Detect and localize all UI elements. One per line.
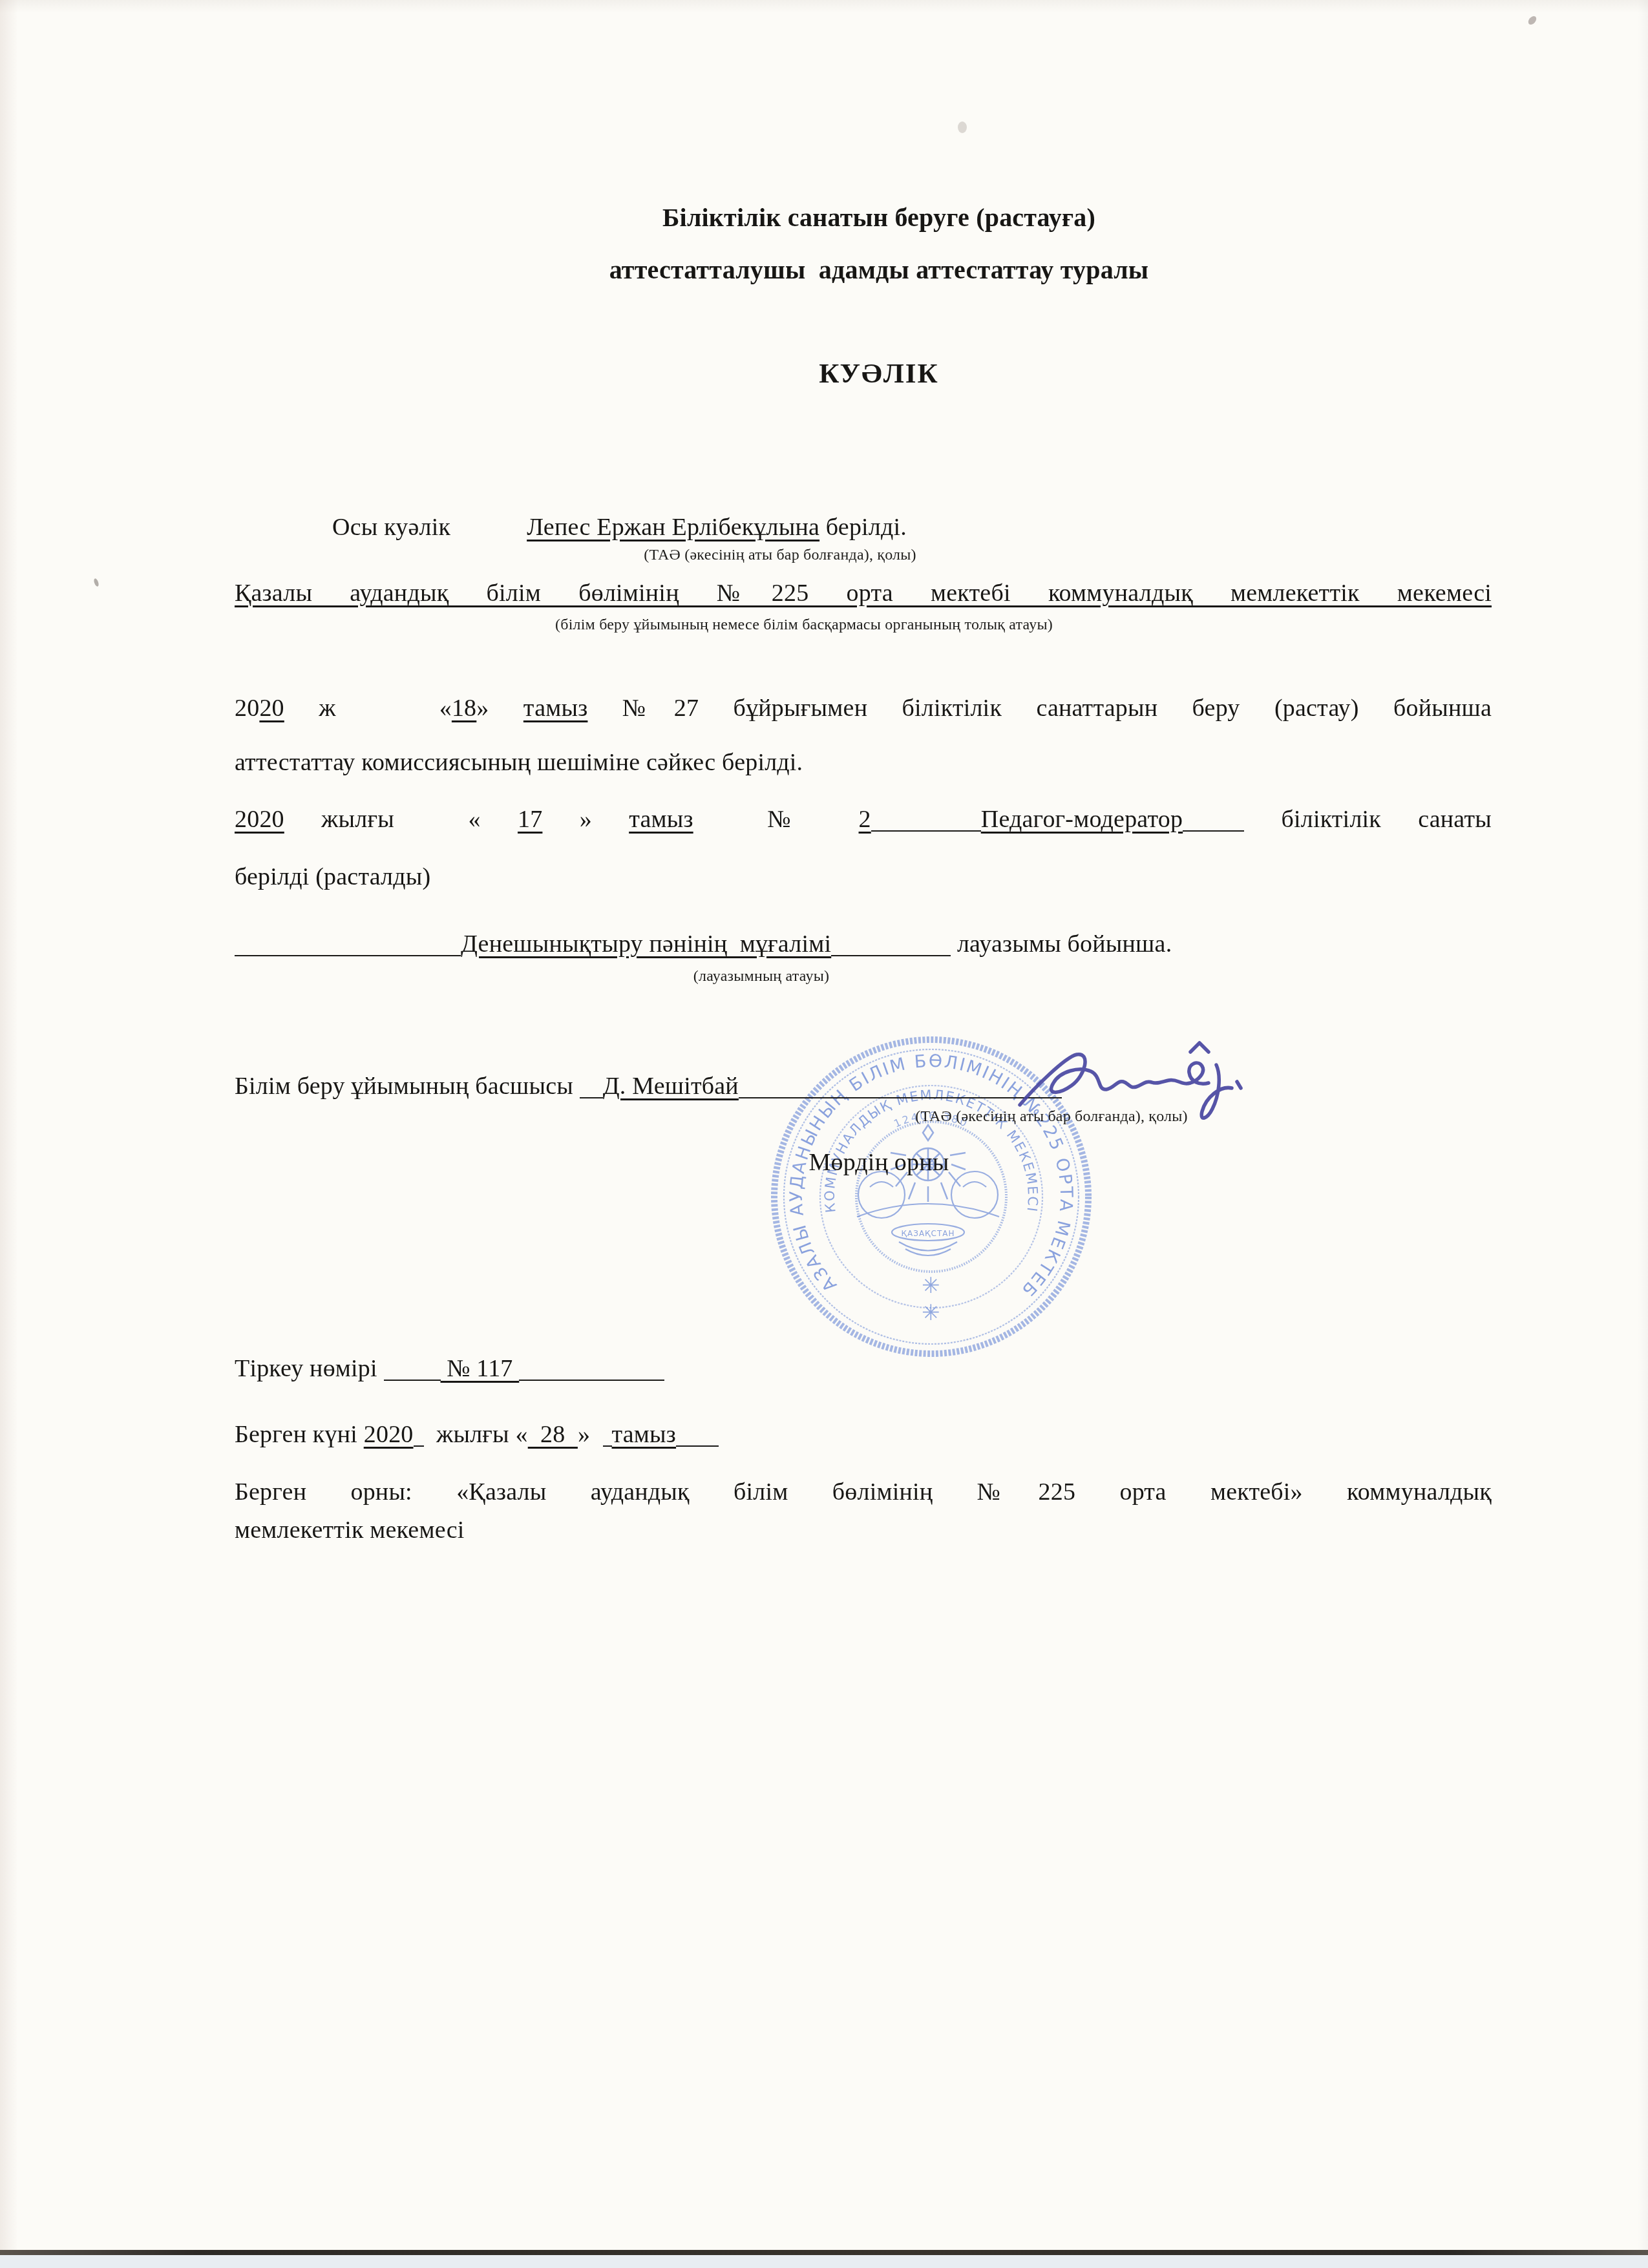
text-segment: лауазымы бойынша.: [951, 930, 1172, 958]
decision-line: 2020 жылғы « 17 » тамыз № 2Педагог-модер…: [235, 804, 1492, 834]
text-segment: тамыз: [523, 695, 588, 722]
blank-line: [1183, 829, 1244, 832]
blank-line: [519, 1378, 664, 1381]
institution-line: Қазалы аудандық білім бөлімінің №225 орт…: [235, 578, 1492, 608]
text-segment: Тіркеу нөмірі: [235, 1355, 384, 1382]
blank-line: [871, 829, 981, 832]
text-segment: жылғы «: [424, 1421, 528, 1448]
text-segment: Берген күні: [235, 1421, 364, 1448]
category-name: Педагог-модератор: [981, 806, 1183, 833]
recipient-line: Осы куәлікЛепес Ержан Ерлібекұлына беріл…: [332, 512, 907, 542]
recipient-name: Лепес Ержан Ерлібекұлына: [527, 514, 819, 541]
seal-emblem-label: ҚАЗАҚСТАН: [901, 1229, 955, 1238]
certificate-title-line1: Біліктілік санатын беруге (растауға): [246, 203, 1512, 233]
institution-name: Қазалы аудандық білім бөлімінің №225 орт…: [235, 580, 1492, 607]
head-line: Білім беру ұйымының басшысы Д. Мешітбай: [235, 1071, 1062, 1101]
text-segment: 2020: [235, 806, 284, 833]
text-segment: 20: [259, 695, 284, 722]
decision-line2: берілді (расталды): [235, 862, 430, 892]
seal-star-icon: ✳: [922, 1300, 940, 1326]
text-segment: тамыз: [629, 806, 693, 833]
text-segment: 18: [452, 695, 476, 722]
text-segment: жылғы «: [284, 806, 518, 833]
blank-line: [580, 1096, 603, 1098]
recipient-caption: (ТАӘ (әкесінің аты бар болғанда), қолы): [489, 546, 1071, 564]
text-segment: 28: [528, 1421, 578, 1448]
scan-speck: [1527, 15, 1537, 26]
text-segment: 2020: [364, 1421, 414, 1448]
signature: [1015, 1026, 1247, 1136]
blank-line: [676, 1444, 719, 1447]
position-caption: (лауазымның атауы): [503, 967, 1020, 985]
spacer: [450, 534, 527, 535]
scan-speck: [958, 121, 967, 133]
text-segment: Осы куәлік: [332, 514, 450, 541]
order-line1: 2020 ж «18» тамыз №27 бұйрығымен білікті…: [235, 693, 1492, 723]
scan-speck: [93, 578, 100, 587]
text-segment: 20: [235, 695, 259, 722]
seal-star-icon: ✳: [922, 1273, 940, 1299]
blank-line: [384, 1378, 441, 1381]
order-line2: аттестаттау комиссиясының шешіміне сәйке…: [235, 748, 803, 777]
blank-line: [414, 1444, 424, 1447]
issue-place-line2: мемлекеттік мекемесі: [235, 1515, 464, 1545]
blank-line: [603, 1444, 612, 1447]
head-name: Д. Мешітбай: [603, 1073, 739, 1100]
scan-bottom-margin: [0, 2255, 1648, 2268]
document-type-heading: КУӘЛІК: [246, 359, 1512, 389]
text-segment: №: [693, 806, 859, 833]
position-line: Денешынықтыру пәнінің мұғалімі лауазымы …: [235, 929, 1172, 959]
registration-line: Тіркеу нөмірі № 117: [235, 1354, 664, 1383]
text-segment: ж «: [284, 695, 452, 722]
text-segment: Білім беру ұйымының басшысы: [235, 1073, 580, 1100]
text-segment: 2: [859, 806, 871, 833]
text-segment: »: [578, 1421, 603, 1448]
text-segment: »: [476, 695, 523, 722]
certificate-title-line2: аттестатталушы адамды аттестаттау туралы: [246, 255, 1512, 285]
institution-caption: (білім беру ұйымының немесе білім басқар…: [449, 616, 1159, 634]
text-segment: тамыз: [612, 1421, 677, 1448]
certificate-page: Біліктілік санатын беруге (растауға) атт…: [0, 0, 1648, 2268]
position-name: Денешынықтыру пәнінің мұғалімі: [461, 930, 831, 958]
blank-line: [831, 954, 951, 956]
text-segment: берілді.: [819, 514, 907, 541]
blank-line: [235, 954, 461, 956]
seal-place-label: Мөрдің орны: [620, 1148, 1137, 1177]
scan-bottom-edge: [0, 2250, 1648, 2255]
text-segment: №27 бұйрығымен біліктілік санаттарын бер…: [587, 695, 1492, 722]
text-segment: 17: [518, 806, 542, 833]
issue-place-line1: Берген орны: «Қазалы аудандық білім бөлі…: [235, 1477, 1492, 1507]
text-segment: біліктілік санаты: [1244, 806, 1492, 833]
blank-line: [739, 1096, 1062, 1098]
text-segment: »: [542, 806, 629, 833]
issue-date-line: Берген күні 2020 жылғы « 28 » тамыз: [235, 1420, 719, 1449]
seal-inner-ring: [856, 1122, 1006, 1272]
registration-number: № 117: [441, 1355, 520, 1382]
